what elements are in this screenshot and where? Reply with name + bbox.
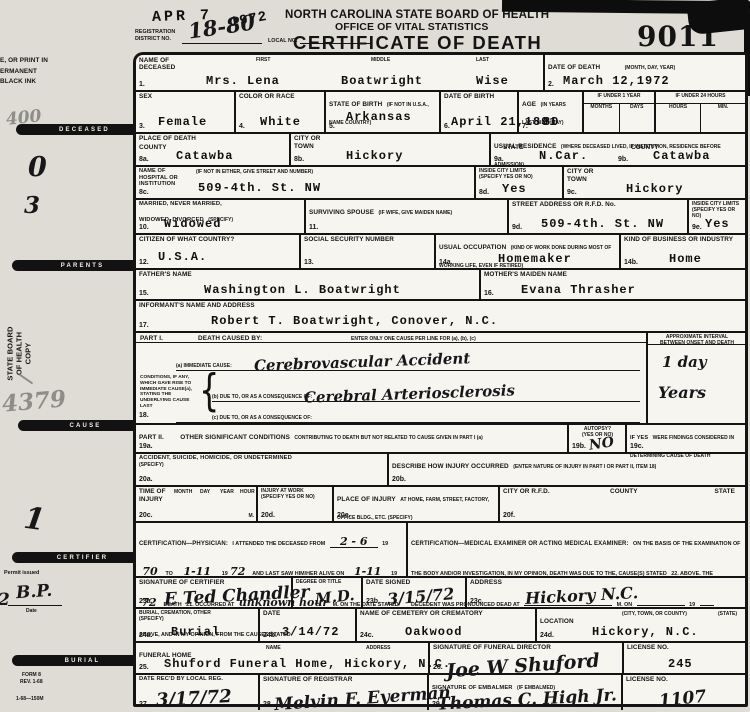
field-accident-suicide-homicide: ACCIDENT, SUICIDE, HOMICIDE, OR UNDETERM… [136,454,389,485]
field-usual-residence: USUAL RESIDENCE (WHERE DECEASED LIVED, I… [491,134,745,165]
row-parents: FATHER'S NAME 15. Washington L. Boatwrig… [136,270,745,301]
hand-attended-from-year: 70 [139,566,161,578]
tab-parents: PARENTS [12,260,147,271]
registration-underline [182,43,262,44]
field-other-significant-conditions: PART II. OTHER SIGNIFICANT CONDITIONS CO… [136,425,569,452]
field-sex: SEX 3. Female [136,92,236,132]
field-citizen: CITIZEN OF WHAT COUNTRY? 12. U.S.A. [136,235,301,268]
field-place-of-death-county: PLACE OF DEATH COUNTY 8a. Catawba [136,134,291,165]
date-signed-value: 3/15/72 [386,584,455,609]
hand-mark-one: 1 [22,501,48,539]
hand-bp-prefix: 2 [0,590,10,610]
field-inside-city-limits-8d: INSIDE CITY LIMITS (SPECIFY YES OR NO) 8… [476,167,564,198]
row-marital: MARRIED, NEVER MARRIED, WIDOWED, DIVORCE… [136,200,745,235]
field-autopsy: AUTOPSY? (YES OR NO) 19b. NO [569,425,627,452]
field-findings-considered: IF YES WERE FINDINGS CONSIDERED IN DETER… [627,425,745,452]
field-cemetery: NAME OF CEMETERY OR CREMATORY 24c. Oakwo… [357,609,537,641]
field-fathers-name: FATHER'S NAME 15. Washington L. Boatwrig… [136,270,481,299]
state-board-copy-label: STATE BOARD OF HEALTH COPY [6,309,33,399]
field-how-injury-occurred: DESCRIBE HOW INJURY OCCURRED (ENTER NATU… [389,454,745,485]
pencil-mark-4379: 4379 [1,385,67,417]
interval-header-rule [648,344,745,345]
field-registrar-signature: SIGNATURE OF REGISTRAR 28. Melvin F. Eye… [260,675,429,710]
certifier-address-value: Hickory N.C. [525,583,639,608]
field-burial-cremation: BURIAL, CREMATION, OTHER (SPECIFY) 24a. … [136,609,260,641]
degree-value: M.D. [314,586,355,608]
hand-mark-three: 3 [24,192,40,219]
row-burial: BURIAL, CREMATION, OTHER (SPECIFY) 24a. … [136,609,745,643]
field-time-of-injury: TIME OF INJURY MONTH DAY YEAR HOUR 20c. … [136,487,258,521]
hand-attended-to-year: 72 [228,566,248,578]
field-signature-of-certifier: SIGNATURE OF CERTIFIER 23a. E Ted Chandl… [136,578,293,607]
field-surviving-spouse: SURVIVING SPOUSE (IF WIFE, GIVE MAIDEN N… [306,200,509,233]
field-street-address: STREET ADDRESS OR R.F.D. No. 9d. 509-4th… [509,200,689,233]
field-marital-status: MARRIED, NEVER MARRIED, WIDOWED, DIVORCE… [136,200,306,233]
interval-a-value: 1 day [662,353,707,371]
print-code: 1-68—150M [16,696,44,702]
field-date-of-death: DATE OF DEATH (MONTH, DAY, YEAR) 2. Marc… [545,55,745,90]
certification-medical-examiner: CERTIFICATION—MEDICAL EXAMINER OR ACTING… [408,523,745,576]
field-burial-location: LOCATION (CITY, TOWN, OR COUNTY) (STATE)… [537,609,745,641]
tab-deceased: DECEASED [16,124,147,135]
field-director-license: LICENSE NO. 245 [624,643,745,673]
field-if-under-24-hours: IF UNDER 24 HOURS HOURS MIN. [656,92,745,132]
row-part2: PART II. OTHER SIGNIFICANT CONDITIONS CO… [136,425,745,454]
registration-district-label: REGISTRATION DISTRICT NO. [135,29,175,44]
hand-attended-from: 2 - 6 [330,536,378,548]
tab-burial: BURIAL [12,655,147,666]
part1-cause-area: PART I. DEATH CAUSED BY: ENTER ONLY ONE … [136,333,648,423]
certificate-title: CERTIFICATE OF DEATH [293,32,542,54]
autopsy-answer: NO [588,434,615,453]
print-instruction: E, OR PRINT IN ERMANENT BLACK INK [0,57,48,86]
embalmer-license-value: 1107 [658,687,707,712]
field-name-of-deceased: NAME OF DECEASED FIRST MIDDLE LAST 1. Mr… [136,55,545,90]
row-place-residence: PLACE OF DEATH COUNTY 8a. Catawba CITY O… [136,134,745,167]
tab-certifier: CERTIFIER [12,552,147,563]
field-hospital-or-institution: NAME OF HOSPITAL OR INSTITUTION (IF NOT … [136,167,476,198]
bp-underline [8,605,62,606]
cause-line-b: (b) DUE TO, OR AS A CONSEQUENCE OF: Cere… [212,387,640,402]
row-citizen-occupation: CITIZEN OF WHAT COUNTRY? 12. U.S.A. SOCI… [136,235,745,270]
cause-line-a: (a) IMMEDIATE CAUSE: Cerebrovascular Acc… [176,357,640,371]
field-mothers-maiden-name: MOTHER'S MAIDEN NAME 16. Evana Thrasher [481,270,745,299]
field-funeral-director-signature: SIGNATURE OF FUNERAL DIRECTOR 26. Joe W … [430,643,624,673]
row-name: NAME OF DECEASED FIRST MIDDLE LAST 1. Mr… [136,55,745,92]
field-inside-city-limits-9e: INSIDE CITY LIMITS (SPECIFY YES OR NO) 9… [689,200,745,233]
field-injury-at-work: INJURY AT WORK (SPECIFY YES OR NO) 20d. [258,487,334,521]
hand-last-seen-alive: 1-11 [349,566,387,578]
row-informant: INFORMANT'S NAME AND ADDRESS 17. Robert … [136,301,745,333]
field-certifier-address: ADDRESS 23c. Hickory N.C. [467,578,745,607]
field-social-security-number: SOCIAL SECURITY NUMBER 13. [301,235,436,268]
hand-mark-zero: 0 [28,152,47,183]
date-received-value: 3/17/72 [156,686,233,711]
form-number: FORM 8 [22,672,41,678]
field-residence-city: CITY OR TOWN 9c. Hickory [564,167,745,198]
row-certifier-signature: SIGNATURE OF CERTIFIER 23a. E Ted Chandl… [136,578,745,609]
row-registrar: DATE REC'D BY LOCAL REG. 27. 3/17/72 SIG… [136,675,745,710]
part1-header-rule [136,342,646,343]
field-funeral-home: FUNERAL HOME NAME ADDRESS 25. Shuford Fu… [136,643,430,673]
field-informant: INFORMANT'S NAME AND ADDRESS 17. Robert … [136,301,745,331]
row-time-of-injury: TIME OF INJURY MONTH DAY YEAR HOUR 20c. … [136,487,745,523]
field-injury-city-county-state: CITY OR R.F.D. COUNTY STATE 20f. [500,487,745,521]
scanned-death-certificate: { "colors": {"paper":"#f7f5f0","page_bg"… [0,0,750,712]
date-label: Date [26,608,37,614]
field-usual-occupation: USUAL OCCUPATION (KIND OF WORK DONE DURI… [436,235,621,268]
field-place-of-death-city: CITY OR TOWN 8b. Hickory [291,134,491,165]
field-burial-date: DATE 24b. 3/14/72 [260,609,357,641]
cause-line-c: (c) DUE TO, OR AS A CONSEQUENCE OF: [176,413,640,423]
registrar-signature: Melvin F. Eyerman [274,683,452,712]
part1-interval-column: APPROXIMATE INTERVAL BETWEEN ONSET AND D… [648,333,745,423]
scan-artifact-corner-blob [686,0,750,35]
certificate-form: NAME OF DECEASED FIRST MIDDLE LAST 1. Mr… [133,52,748,707]
row-hospital: NAME OF HOSPITAL OR INSTITUTION (IF NOT … [136,167,745,200]
row-sex-race-birth: SEX 3. Female COLOR OR RACE 4. White STA… [136,92,745,134]
tab-cause: CAUSE [18,420,147,431]
field-kind-of-business: KIND OF BUSINESS OR INDUSTRY 14b. Home [621,235,745,268]
row-funeral-home: FUNERAL HOME NAME ADDRESS 25. Shuford Fu… [136,643,745,675]
hand-mark-bp: B.P. [15,581,52,603]
field-date-of-birth: DATE OF BIRTH 6. April 21,1891 [441,92,519,132]
row-certification: CERTIFICATION—PHYSICIAN: I ATTENDED THE … [136,523,745,578]
row-part1-cause: PART I. DEATH CAUSED BY: ENTER ONLY ONE … [136,333,745,425]
field-place-of-injury: PLACE OF INJURY AT HOME, FARM, STREET, F… [334,487,500,521]
field-embalmer-license: LICENSE NO. 1107 [623,675,745,710]
field-date-signed: DATE SIGNED 23b. 3/15/72 [363,578,467,607]
interval-b-value: Years [658,383,706,402]
field-date-received: DATE REC'D BY LOCAL REG. 27. 3/17/72 [136,675,260,710]
field-state-of-birth: STATE OF BIRTH (IF NOT IN U.S.A., NAME C… [326,92,441,132]
row-accident: ACCIDENT, SUICIDE, HOMICIDE, OR UNDETERM… [136,454,745,487]
certification-physician: CERTIFICATION—PHYSICIAN: I ATTENDED THE … [136,523,408,576]
field-color-or-race: COLOR OR RACE 4. White [236,92,326,132]
hand-attended-to: 1-11 [177,566,217,578]
form-revision: REV. 1-68 [20,679,43,685]
permit-issued-label: Permit issued [4,570,39,577]
field-if-under-1-year: IF UNDER 1 YEAR MONTHS DAYS [584,92,656,132]
